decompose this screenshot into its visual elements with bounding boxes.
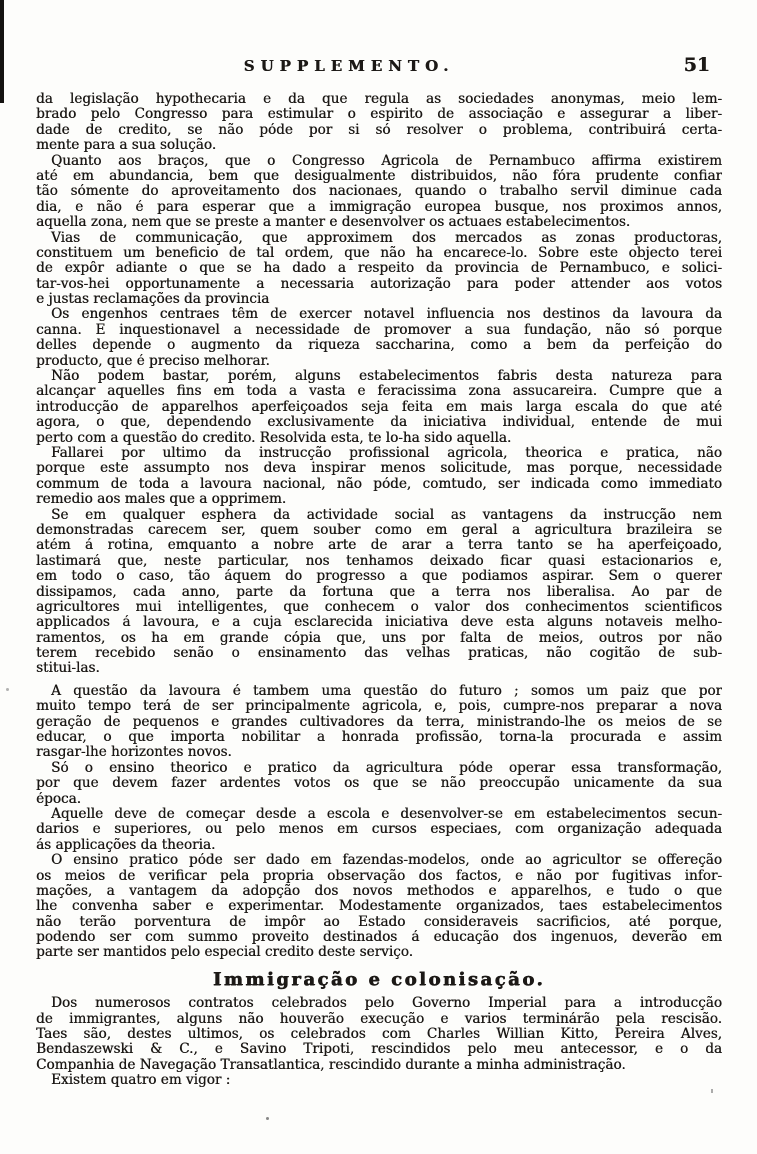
text-line: Não podem bastar, porém, alguns estabele… [36,369,722,384]
text-line: commum de toda a lavoura nacional, não p… [36,477,722,492]
paragraph: Quanto aos braços, que o Congresso Agric… [36,154,722,231]
text-line: rasgar-lhe horizontes novos. [36,745,722,760]
text-block-after-heading: Dos numerosos contratos celebrados pelo … [36,996,722,1088]
text-line: tão sómente do aproveitamento dos nacion… [36,184,722,199]
paragraph: da legislação hypothecaria e da que regu… [36,92,722,154]
text-line: mações, a vantagem da adopção dos novos … [36,884,722,899]
text-line: Taes são, destes ultimos, os celebrados … [36,1027,722,1042]
text-line: aquella zona, nem que se preste a manter… [36,215,722,230]
text-line: da legislação hypothecaria e da que regu… [36,92,722,107]
text-line: canna. É inquestionavel a necessidade de… [36,323,722,338]
text-line: perto com a questão do credito. Resolvid… [36,431,722,446]
paragraph: Só o ensino theorico e pratico da agricu… [36,761,722,807]
text-line: Bendaszewski & C., e Savino Tripoti, res… [36,1042,722,1057]
text-line: de immigrantes, alguns não houverão exec… [36,1012,722,1027]
text-line: terem recebido senão o ensinamento das v… [36,646,722,661]
paragraph: Fallarei por ultimo da instrucção profis… [36,446,722,508]
text-line: delles depende o augmento da riqueza sac… [36,338,722,353]
text-line: demonstradas carecem ser, quem souber co… [36,523,722,538]
text-line: ramentos, os ha em grande cópia que, uns… [36,631,722,646]
text-line: brado pelo Congresso para estimular o es… [36,107,722,122]
text-line: época. [36,792,722,807]
paragraph: A questão da lavoura é tambem uma questã… [36,684,722,761]
text-line: não terão porventura de impôr ao Estado … [36,915,722,930]
paragraph: Aquelle deve de começar desde a escola e… [36,807,722,853]
paragraph: Não podem bastar, porém, alguns estabele… [36,369,722,446]
running-title: SUPPLEMENTO. [36,57,662,75]
section-heading: Immigração e colonisação. [36,972,722,987]
text-line: ás applicações da theoria. [36,838,722,853]
text-line: applicados á lavoura, e a cuja esclareci… [36,615,722,630]
paragraph: Os engenhos centraes têm de exercer nota… [36,307,722,369]
text-line: Companhia de Navegação Transatlantica, r… [36,1058,722,1073]
text-line: parte ser mantidos pelo especial credito… [36,945,722,960]
paragraph: O ensino pratico póde ser dado em fazend… [36,853,722,961]
text-line: introducção de apparelhos aperfeiçoados … [36,400,722,415]
text-line: O ensino pratico póde ser dado em fazend… [36,853,722,868]
text-line: tar-vos-hei opportunamente a necessaria … [36,277,722,292]
paragraph: Dos numerosos contratos celebrados pelo … [36,996,722,1073]
text-line: Se em qualquer esphera da actividade soc… [36,508,722,523]
text-line: de expôr adiante o que se ha dado a resp… [36,261,722,276]
text-line: dade de credito, se não póde por si só r… [36,123,722,138]
text-line: A questão da lavoura é tambem uma questã… [36,684,722,699]
text-line: Vias de communicação, que approximem dos… [36,231,722,246]
text-line: Aquelle deve de começar desde a escola e… [36,807,722,822]
text-line: darios e superiores, ou pelo menos em cu… [36,822,722,837]
text-line: até em abundancia, bem que desigualmente… [36,169,722,184]
text-line: Só o ensino theorico e pratico da agricu… [36,761,722,776]
text-line: educar, o que importa nobilitar a honrad… [36,730,722,745]
text-line: os meios de verificar pela propria obser… [36,869,722,884]
text-line: alcançar aquelles fins em toda a vasta e… [36,384,722,399]
text-line: dia, e não é para esperar que a immigraç… [36,200,722,215]
text-line: remedio aos males que a opprimem. [36,492,722,507]
text-line: constituem um beneficio de tal ordem, qu… [36,246,722,261]
text-line: Fallarei por ultimo da instrucção profis… [36,446,722,461]
page-header: SUPPLEMENTO. 51 [36,57,722,79]
text-line: atém á rotina, emquanto a nobre arte de … [36,538,722,553]
text-line: agora, o que, dependendo exclusivamente … [36,415,722,430]
text-line: podendo ser com summo proveito destinado… [36,930,722,945]
text-line: producto, que é preciso melhorar. [36,354,722,369]
scanned-document-page: { "header": { "title": "SUPPLEMENTO.", "… [0,0,757,1154]
paragraph: Se em qualquer esphera da actividade soc… [36,508,722,677]
text-line: porque este assumpto nos deva inspirar m… [36,461,722,476]
text-line: Quanto aos braços, que o Congresso Agric… [36,154,722,169]
paragraph: Vias de communicação, que approximem dos… [36,231,722,308]
text-line: geração de pequenos e grandes cultivador… [36,715,722,730]
text-line: Os engenhos centraes têm de exercer nota… [36,307,722,322]
text-line: lhe convenha saber e experimentar. Modes… [36,899,722,914]
text-block-before-heading: da legislação hypothecaria e da que regu… [36,92,722,961]
paragraph: Existem quatro em vigor : [36,1073,722,1088]
text-line: Existem quatro em vigor : [36,1073,722,1088]
text-line: agricultores mui intelligentes, que conh… [36,600,722,615]
text-line: por que devem fazer ardentes votos os qu… [36,776,722,791]
text-line: muito tempo terá de ser principalmente a… [36,699,722,714]
text-line: mente para a sua solução. [36,138,722,153]
text-line: stitui-las. [36,661,722,676]
document-page: SUPPLEMENTO. 51 da legislação hypothecar… [0,0,757,1154]
text-line: dissipamos, cada anno, parte da fortuna … [36,585,722,600]
page-number: 51 [684,54,710,76]
text-line: em todo o caso, tão áquem do progresso a… [36,569,722,584]
text-line: lastimará que, neste particular, nos ten… [36,554,722,569]
text-line: Dos numerosos contratos celebrados pelo … [36,996,722,1011]
body-text: da legislação hypothecaria e da que regu… [36,92,722,1089]
text-line: e justas reclamações da provincia [36,292,722,307]
